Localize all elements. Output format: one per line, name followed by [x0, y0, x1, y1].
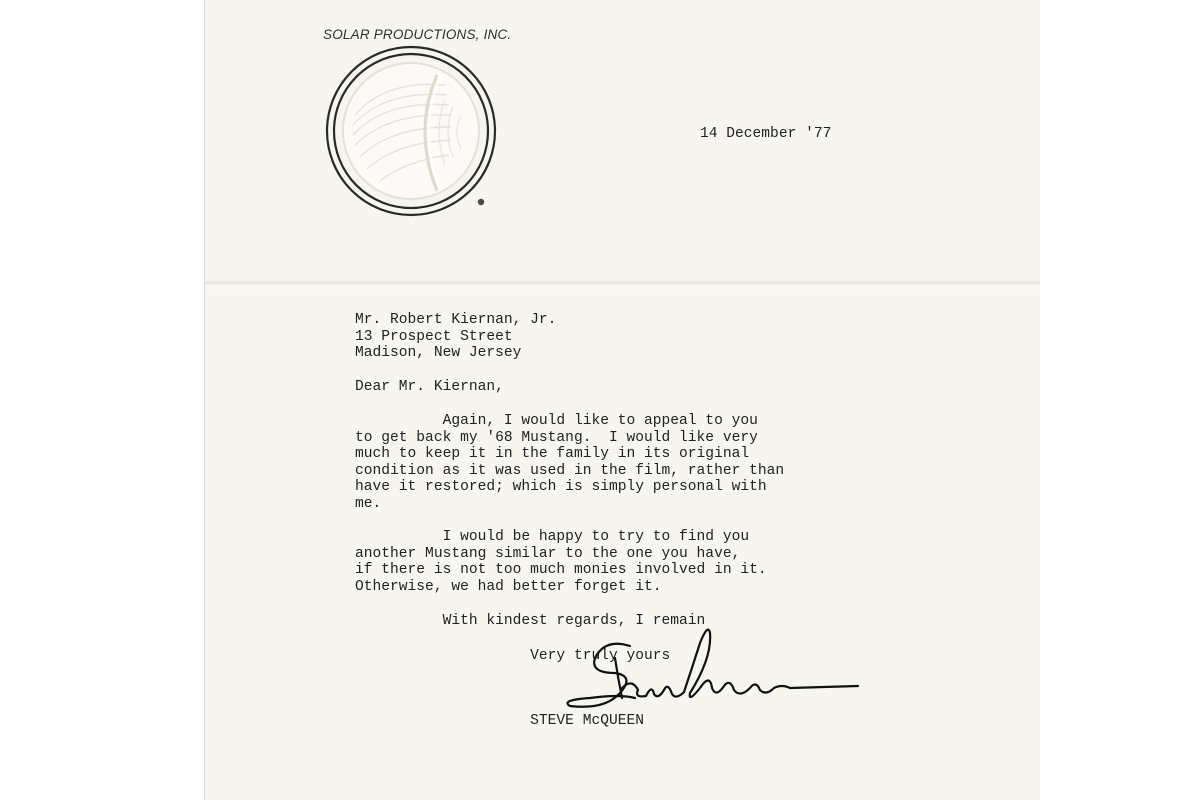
letter-date: 14 December '77	[700, 126, 831, 143]
letterhead-company-name: SOLAR PRODUCTIONS, INC.	[323, 27, 511, 42]
handwritten-signature-icon	[560, 618, 860, 718]
signer-name: STEVE McQUEEN	[355, 713, 644, 730]
recipient-street: 13 Prospect Street	[355, 329, 513, 345]
letter-image: SOLAR PRODUCTIONS, INC.	[0, 0, 1200, 800]
letter-paper: SOLAR PRODUCTIONS, INC.	[205, 0, 1040, 800]
body-paragraph-2: I would be happy to try to find you anot…	[355, 529, 767, 595]
salutation: Dear Mr. Kiernan,	[355, 379, 504, 396]
recipient-address: Mr. Robert Kiernan, Jr. 13 Prospect Stre…	[355, 312, 556, 362]
recipient-city: Madison, New Jersey	[355, 345, 521, 361]
body-paragraph-1: Again, I would like to appeal to you to …	[355, 413, 784, 512]
company-logo-icon	[325, 45, 500, 220]
recipient-name: Mr. Robert Kiernan, Jr.	[355, 312, 556, 328]
